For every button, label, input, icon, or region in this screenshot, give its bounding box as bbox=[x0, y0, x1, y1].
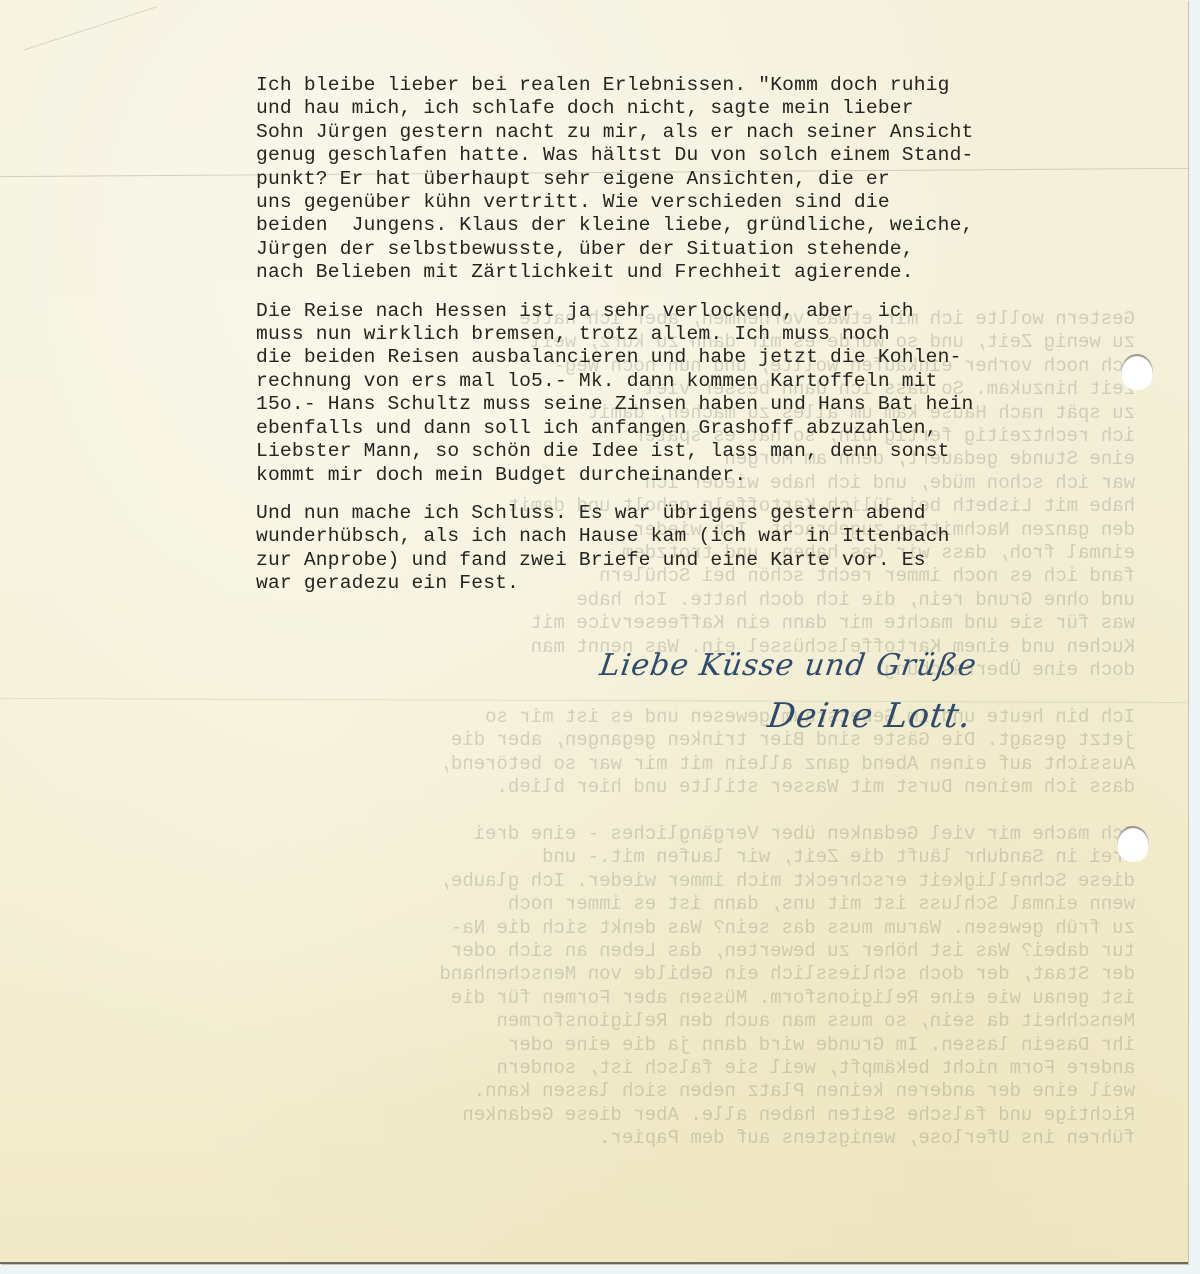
text-line: Die Reise nach Hessen ist ja sehr verloc… bbox=[256, 300, 1156, 323]
paragraph: Die Reise nach Hessen ist ja sehr verloc… bbox=[256, 300, 1156, 487]
paragraph: Ich bleibe lieber bei realen Erlebnissen… bbox=[256, 74, 1156, 285]
text-line: Ich bleibe lieber bei realen Erlebnissen… bbox=[256, 74, 1156, 97]
text-line: ebenfalls und dann soll ich anfangen Gra… bbox=[256, 417, 1156, 440]
text-line: uns gegenüber kühn vertritt. Wie verschi… bbox=[256, 191, 1156, 214]
text-line: Jürgen der selbstbewusste, über der Situ… bbox=[256, 238, 1156, 261]
paragraph: Und nun mache ich Schluss. Es war übrige… bbox=[256, 502, 1156, 596]
text-line: rechnung von ers mal lo5.- Mk. dann komm… bbox=[256, 370, 1156, 393]
text-line: 15o.- Hans Schultz muss seine Zinsen hab… bbox=[256, 393, 1156, 416]
handwritten-closing: Liebe Küsse und Grüße bbox=[598, 648, 980, 683]
paper-crease bbox=[0, 698, 1188, 703]
text-line: muss nun wirklich bremsen, trotz allem. … bbox=[256, 323, 1156, 346]
text-line: nach Belieben mit Zärtlichkeit und Frech… bbox=[256, 261, 1156, 284]
text-line: punkt? Er hat überhaupt sehr eigene Ansi… bbox=[256, 168, 1156, 191]
text-line: war geradezu ein Fest. bbox=[256, 572, 1156, 595]
paper-crease bbox=[23, 6, 156, 50]
text-line: beiden Jungens. Klaus der kleine liebe, … bbox=[256, 214, 1156, 237]
letter-body: Ich bleibe lieber bei realen Erlebnissen… bbox=[256, 74, 1156, 611]
handwritten-signature: Deine Lott. bbox=[765, 696, 974, 736]
text-line: Und nun mache ich Schluss. Es war übrige… bbox=[256, 502, 1156, 525]
text-line: kommt mir doch mein Budget durcheinander… bbox=[256, 464, 1156, 487]
text-line: wunderhübsch, als ich nach Hause kam (ic… bbox=[256, 525, 1156, 548]
punch-hole bbox=[1117, 826, 1149, 862]
text-line: genug geschlafen hatte. Was hältst Du vo… bbox=[256, 144, 1156, 167]
letter-page: Gestern wollte ich mir etwas vornehmen, … bbox=[0, 0, 1188, 1264]
text-line: zur Anprobe) und fand zwei Briefe und ei… bbox=[256, 549, 1156, 572]
text-line: die beiden Reisen ausbalancieren und hab… bbox=[256, 346, 1156, 369]
text-line: und hau mich, ich schlafe doch nicht, sa… bbox=[256, 97, 1156, 120]
text-line: Liebster Mann, so schön die Idee ist, la… bbox=[256, 440, 1156, 463]
text-line: Sohn Jürgen gestern nacht zu mir, als er… bbox=[256, 121, 1156, 144]
